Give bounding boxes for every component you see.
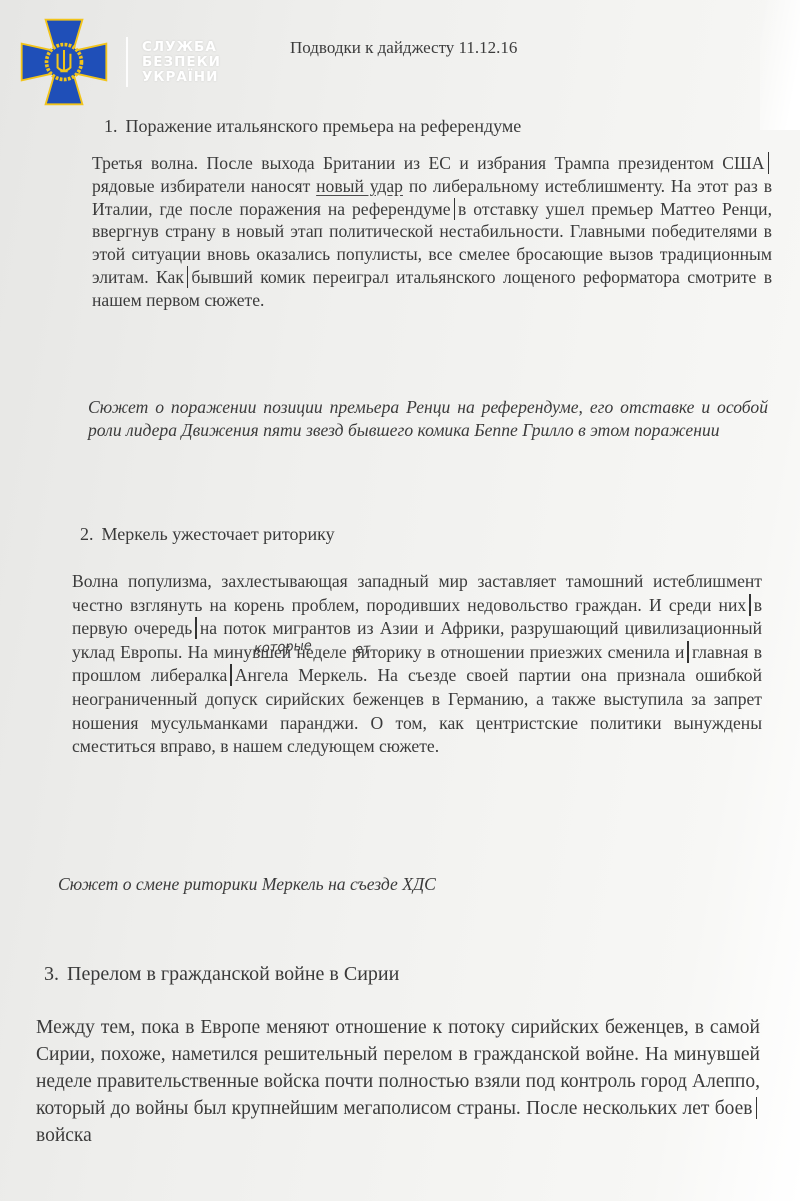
sbu-logo: СЛУЖБА БЕЗПЕКИ УКРАЇНИ	[18, 16, 221, 108]
logo-line-2: БЕЗПЕКИ	[142, 55, 221, 70]
document-title: Подводки к дайджесту 11.12.16	[290, 38, 517, 58]
handwritten-mark	[454, 198, 456, 220]
handwritten-mark	[687, 641, 689, 663]
section-title: Перелом в гражданской войне в Сирии	[67, 963, 399, 985]
section-3-heading: 3.Перелом в гражданской войне в Сирии	[44, 963, 399, 986]
handwritten-mark	[756, 1097, 758, 1119]
sbu-emblem-icon	[18, 16, 110, 108]
section-number: 3.	[44, 963, 59, 985]
section-1-story-note: Сюжет о поражении позиции премьера Ренци…	[88, 396, 768, 442]
page-glare	[760, 0, 800, 130]
logo-text: СЛУЖБА БЕЗПЕКИ УКРАЇНИ	[142, 40, 221, 85]
logo-line-1: СЛУЖБА	[142, 40, 221, 55]
section-title: Меркель ужесточает риторику	[102, 524, 335, 544]
handwritten-underline: новый удар	[316, 176, 403, 196]
logo-line-3: УКРАЇНИ	[142, 70, 221, 85]
logo-divider	[126, 37, 128, 87]
handwritten-mark	[768, 152, 770, 174]
section-1-body: Третья волна. После выхода Британии из Е…	[92, 152, 772, 312]
handwritten-mark	[230, 664, 232, 686]
section-title: Поражение итальянского премьера на рефер…	[126, 116, 522, 136]
handwritten-mark	[195, 617, 197, 639]
section-number: 2.	[80, 524, 94, 544]
section-3-body: Между тем, пока в Европе меняют отношени…	[36, 1014, 760, 1149]
handwritten-mark	[187, 266, 189, 288]
section-2-body: Волна популизма, захлестывающая западный…	[72, 570, 762, 759]
section-2-story-note: Сюжет о смене риторики Меркель на съезде…	[58, 873, 758, 896]
handwritten-mark	[749, 594, 751, 616]
section-1-heading: 1.Поражение итальянского премьера на реф…	[104, 116, 521, 137]
section-number: 1.	[104, 116, 118, 136]
section-2-heading: 2.Меркель ужесточает риторику	[80, 524, 335, 545]
